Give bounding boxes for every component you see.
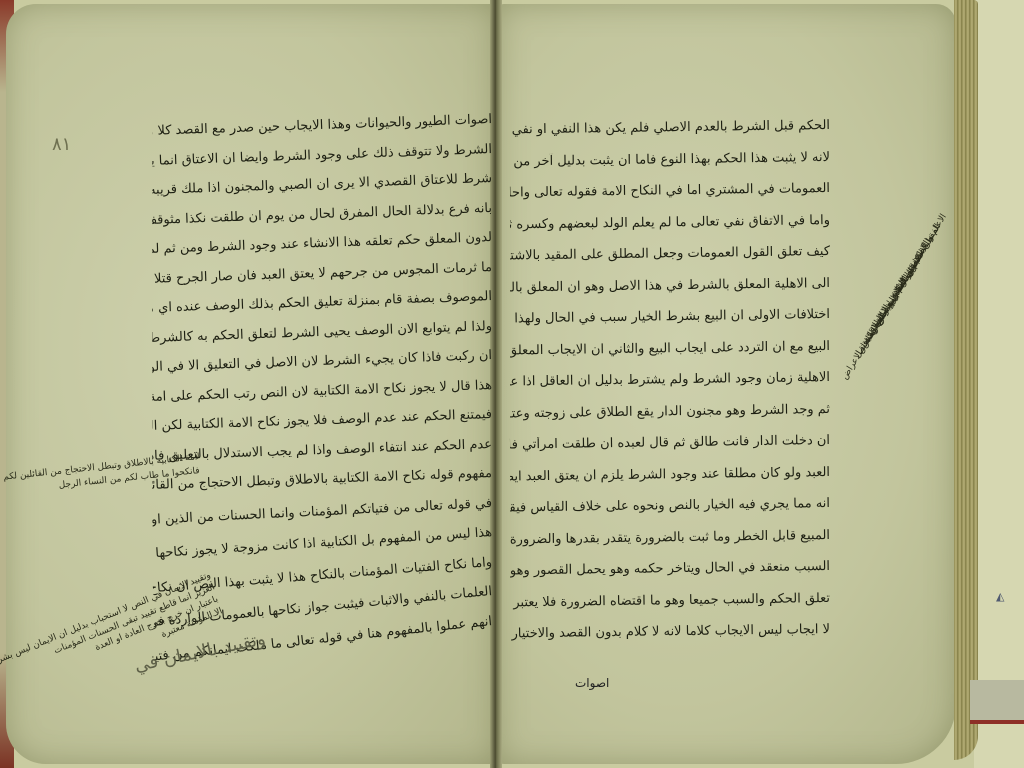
library-label: [970, 680, 1024, 724]
library-mark-icon: ◭: [996, 590, 1004, 603]
page-edges: [954, 0, 978, 760]
background-right: [974, 0, 1024, 768]
catchword: اصوات: [575, 676, 609, 690]
folio-number: ٨١: [52, 134, 71, 155]
